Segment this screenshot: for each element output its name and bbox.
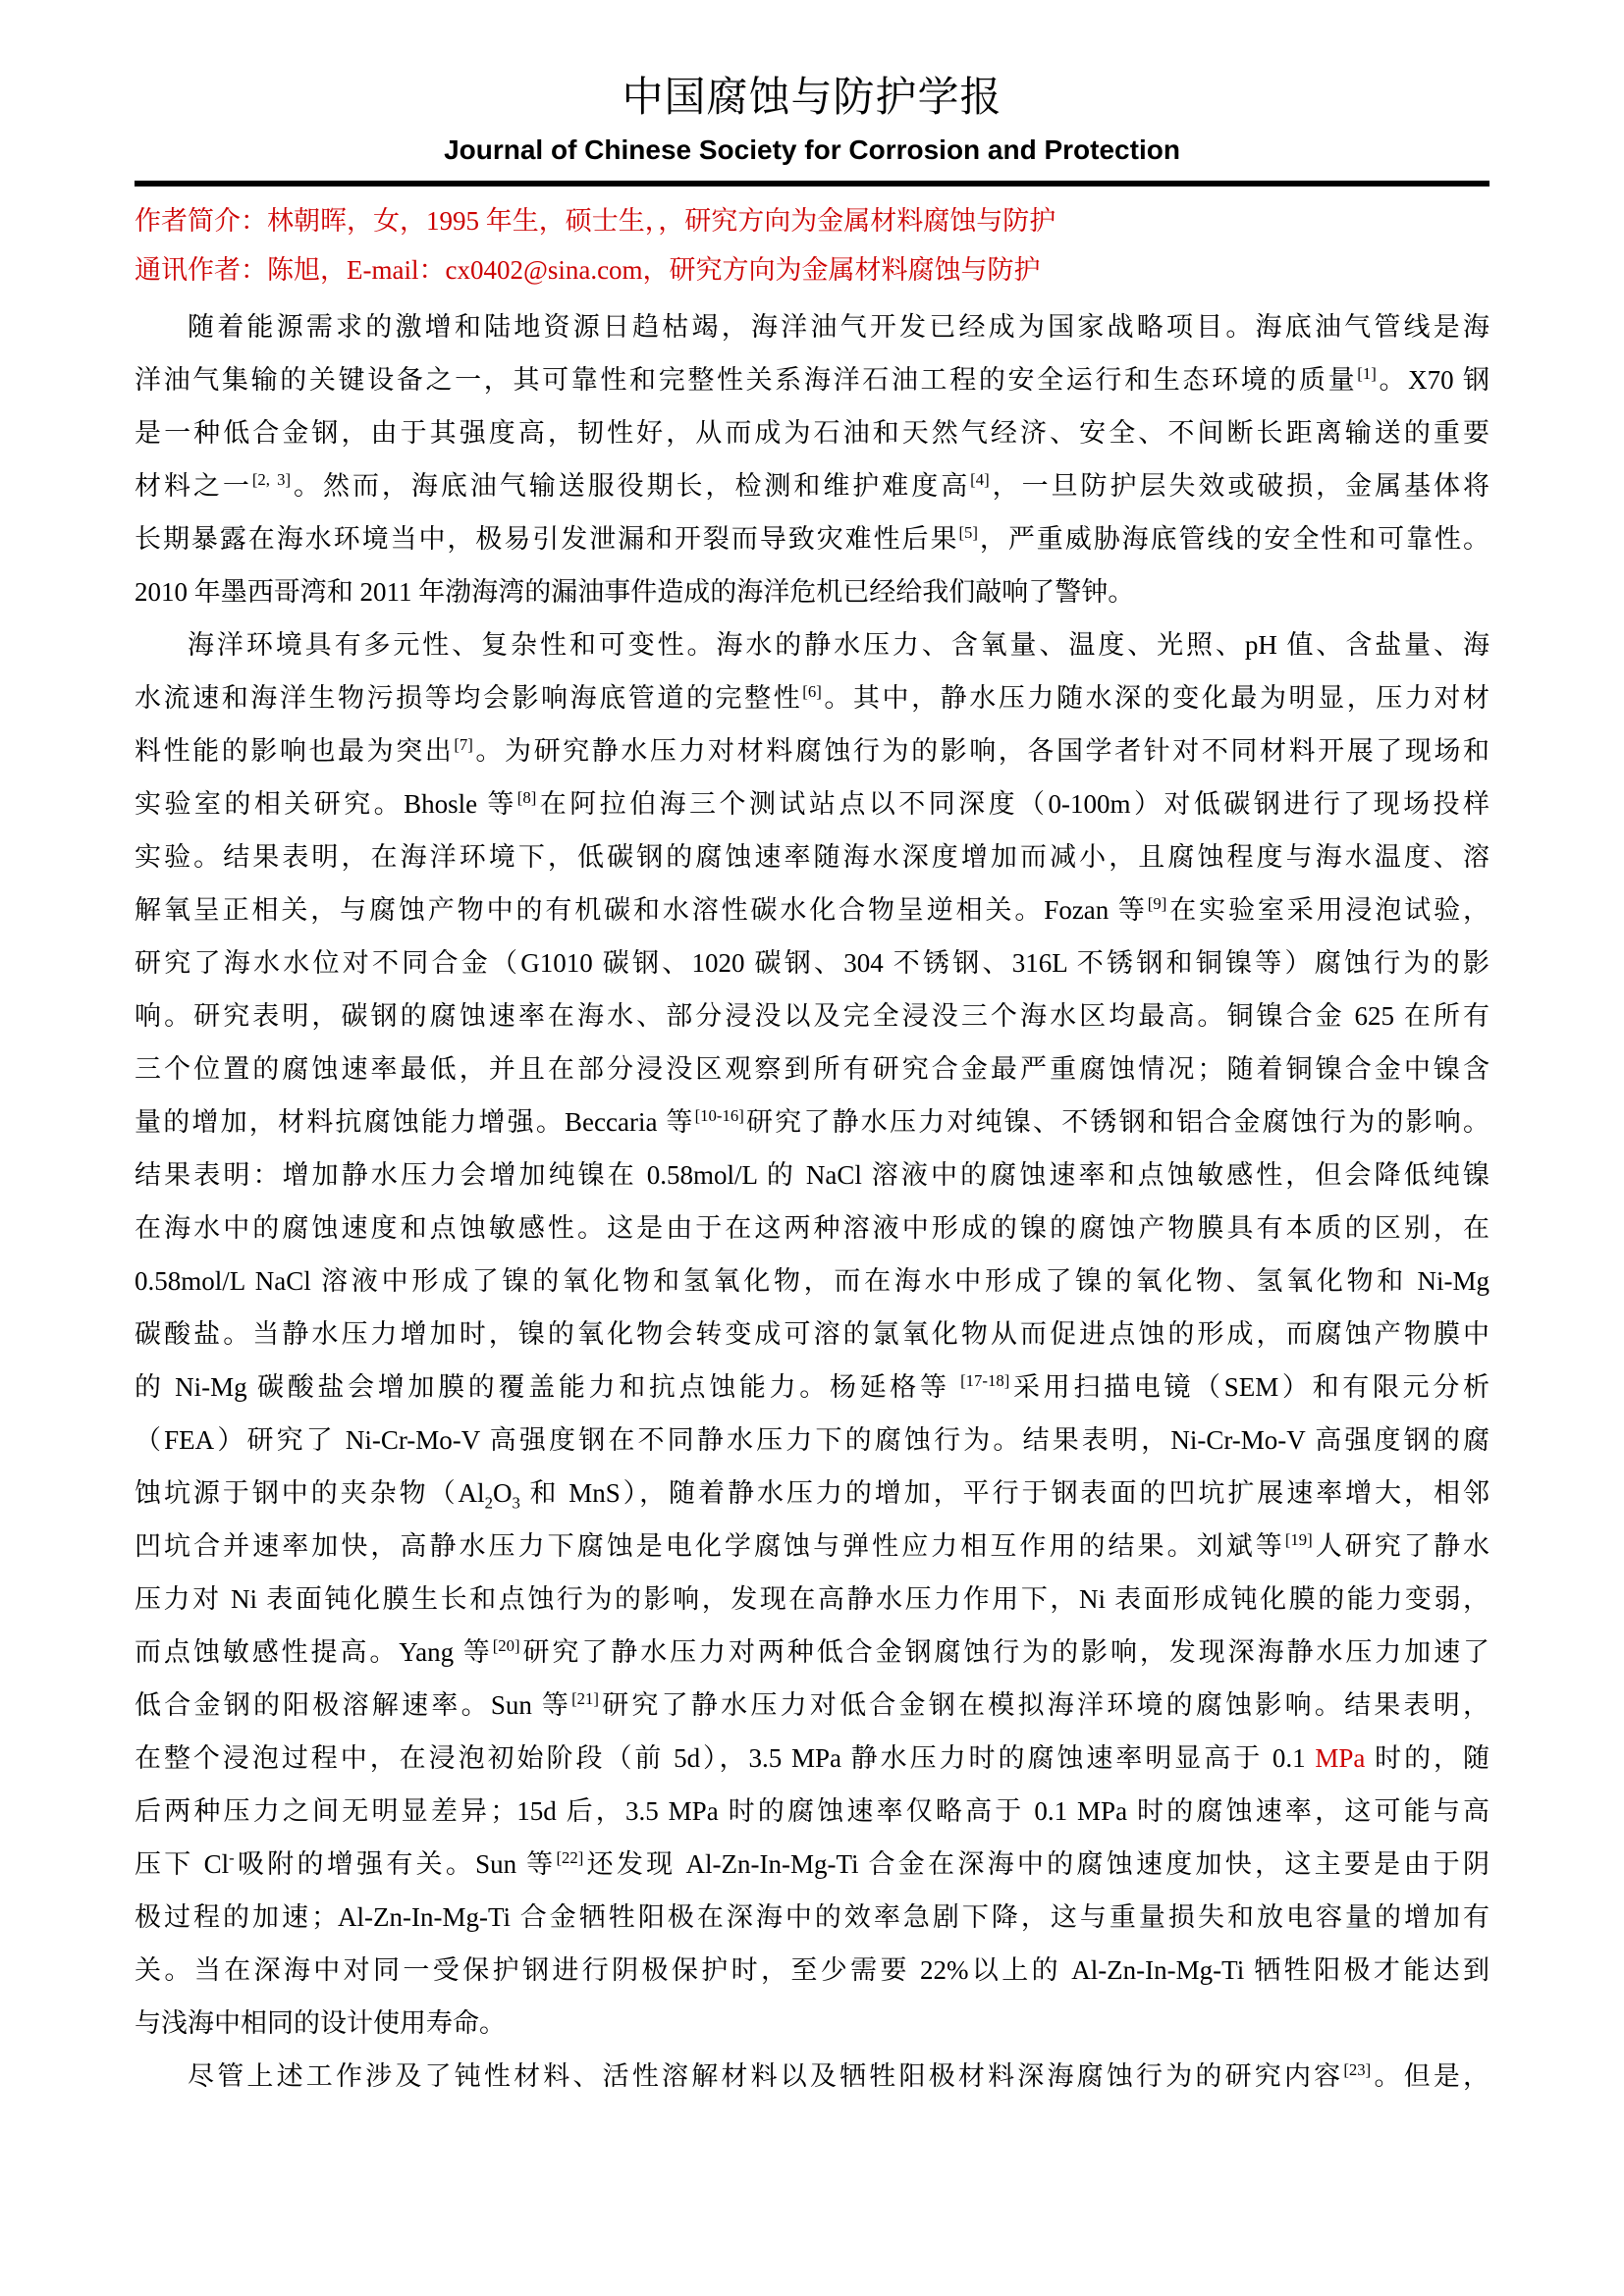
body-line: 与浅海中相同的设计使用寿命。 bbox=[135, 1997, 1489, 2050]
body-line: 随着能源需求的激增和陆地资源日趋枯竭，海洋油气开发已经成为国家战略项目。海底油气… bbox=[135, 300, 1489, 353]
body-line: （FEA）研究了 Ni-Cr-Mo-V 高强度钢在不同静水压力下的腐蚀行为。结果… bbox=[135, 1414, 1489, 1467]
body-line: 洋油气集输的关键设备之一，其可靠性和完整性关系海洋石油工程的安全运行和生态环境的… bbox=[135, 353, 1489, 406]
page-content: 中国腐蚀与防护学报 Journal of Chinese Society for… bbox=[135, 0, 1489, 2103]
body-line: 后两种压力之间无明显差异；15d 后，3.5 MPa 时的腐蚀速率仅略高于 0.… bbox=[135, 1785, 1489, 1838]
body-line: 实验。结果表明，在海洋环境下，低碳钢的腐蚀速率随海水深度增加而减小，且腐蚀程度与… bbox=[135, 830, 1489, 883]
body-line: 压下 Cl-吸附的增强有关。Sun 等[22]还发现 Al-Zn-In-Mg-T… bbox=[135, 1838, 1489, 1891]
body-line: 碳酸盐。当静水压力增加时，镍的氧化物会转变成可溶的氯氧化物从而促进点蚀的形成，而… bbox=[135, 1308, 1489, 1361]
body-line: 凹坑合并速率加快，高静水压力下腐蚀是电化学腐蚀与弹性应力相互作用的结果。刘斌等[… bbox=[135, 1520, 1489, 1573]
body-line: 长期暴露在海水环境当中，极易引发泄漏和开裂而导致灾难性后果[5]，严重威胁海底管… bbox=[135, 512, 1489, 565]
body-line: 响。研究表明，碳钢的腐蚀速率在海水、部分浸没以及完全浸没三个海水区均最高。铜镍合… bbox=[135, 989, 1489, 1042]
body-line: 实验室的相关研究。Bhosle 等[8]在阿拉伯海三个测试站点以不同深度（0-1… bbox=[135, 777, 1489, 830]
corresponding-author-line: 通讯作者：陈旭，E-mail：cx0402@sina.com，研究方向为金属材料… bbox=[135, 245, 1489, 294]
body-line: 材料之一[2, 3]。然而，海底油气输送服役期长，检测和维护难度高[4]，一旦防… bbox=[135, 459, 1489, 512]
body-line: 的 Ni-Mg 碳酸盐会增加膜的覆盖能力和抗点蚀能力。杨延格等 [17-18]采… bbox=[135, 1361, 1489, 1414]
document-page: 中国腐蚀与防护学报 Journal of Chinese Society for… bbox=[0, 0, 1624, 2296]
body-line: 在海水中的腐蚀速度和点蚀敏感性。这是由于在这两种溶液中形成的镍的腐蚀产物膜具有本… bbox=[135, 1201, 1489, 1255]
body-line: 而点蚀敏感性提高。Yang 等[20]研究了静水压力对两种低合金钢腐蚀行为的影响… bbox=[135, 1626, 1489, 1679]
body-line: 尽管上述工作涉及了钝性材料、活性溶解材料以及牺牲阳极材料深海腐蚀行为的研究内容[… bbox=[135, 2050, 1489, 2103]
body-line: 在整个浸泡过程中，在浸泡初始阶段（前 5d），3.5 MPa 静水压力时的腐蚀速… bbox=[135, 1732, 1489, 1785]
body-line: 是一种低合金钢，由于其强度高，韧性好，从而成为石油和天然气经济、安全、不间断长距… bbox=[135, 406, 1489, 459]
body-line: 极过程的加速；Al-Zn-In-Mg-Ti 合金牺牲阳极在深海中的效率急剧下降，… bbox=[135, 1891, 1489, 1944]
body-line: 蚀坑源于钢中的夹杂物（Al2O3 和 MnS），随着静水压力的增加，平行于钢表面… bbox=[135, 1467, 1489, 1520]
body-line: 水流速和海洋生物污损等均会影响海底管道的完整性[6]。其中，静水压力随水深的变化… bbox=[135, 671, 1489, 724]
journal-title-en: Journal of Chinese Society for Corrosion… bbox=[135, 133, 1489, 167]
body-line: 研究了海水水位对不同合金（G1010 碳钢、1020 碳钢、304 不锈钢、31… bbox=[135, 936, 1489, 989]
body-line: 结果表明：增加静水压力会增加纯镍在 0.58mol/L 的 NaCl 溶液中的腐… bbox=[135, 1148, 1489, 1201]
body-line: 关。当在深海中对同一受保护钢进行阴极保护时，至少需要 22%以上的 Al-Zn-… bbox=[135, 1944, 1489, 1997]
body-line: 0.58mol/L NaCl 溶液中形成了镍的氧化物和氢氧化物，而在海水中形成了… bbox=[135, 1255, 1489, 1308]
body-line: 解氧呈正相关，与腐蚀产物中的有机碳和水溶性碳水化合物呈逆相关。Fozan 等[9… bbox=[135, 883, 1489, 936]
body-line: 2010 年墨西哥湾和 2011 年渤海湾的漏油事件造成的海洋危机已经给我们敲响… bbox=[135, 565, 1489, 618]
body-line: 量的增加，材料抗腐蚀能力增强。Beccaria 等[10-16]研究了静水压力对… bbox=[135, 1095, 1489, 1148]
article-body: 随着能源需求的激增和陆地资源日趋枯竭，海洋油气开发已经成为国家战略项目。海底油气… bbox=[135, 300, 1489, 2103]
body-line: 料性能的影响也最为突出[7]。为研究静水压力对材料腐蚀行为的影响，各国学者针对不… bbox=[135, 724, 1489, 777]
body-line: 低合金钢的阳极溶解速率。Sun 等[21]研究了静水压力对低合金钢在模拟海洋环境… bbox=[135, 1679, 1489, 1732]
author-notes: 作者简介：林朝晖，女，1995 年生，硕士生，，研究方向为金属材料腐蚀与防护 通… bbox=[135, 196, 1489, 294]
header-divider bbox=[135, 181, 1489, 187]
journal-title-cn: 中国腐蚀与防护学报 bbox=[135, 0, 1489, 124]
author-bio-line: 作者简介：林朝晖，女，1995 年生，硕士生，，研究方向为金属材料腐蚀与防护 bbox=[135, 196, 1489, 245]
body-line: 三个位置的腐蚀速率最低，并且在部分浸没区观察到所有研究合金最严重腐蚀情况；随着铜… bbox=[135, 1042, 1489, 1095]
body-line: 压力对 Ni 表面钝化膜生长和点蚀行为的影响，发现在高静水压力作用下，Ni 表面… bbox=[135, 1573, 1489, 1626]
body-line: 海洋环境具有多元性、复杂性和可变性。海水的静水压力、含氧量、温度、光照、pH 值… bbox=[135, 618, 1489, 671]
